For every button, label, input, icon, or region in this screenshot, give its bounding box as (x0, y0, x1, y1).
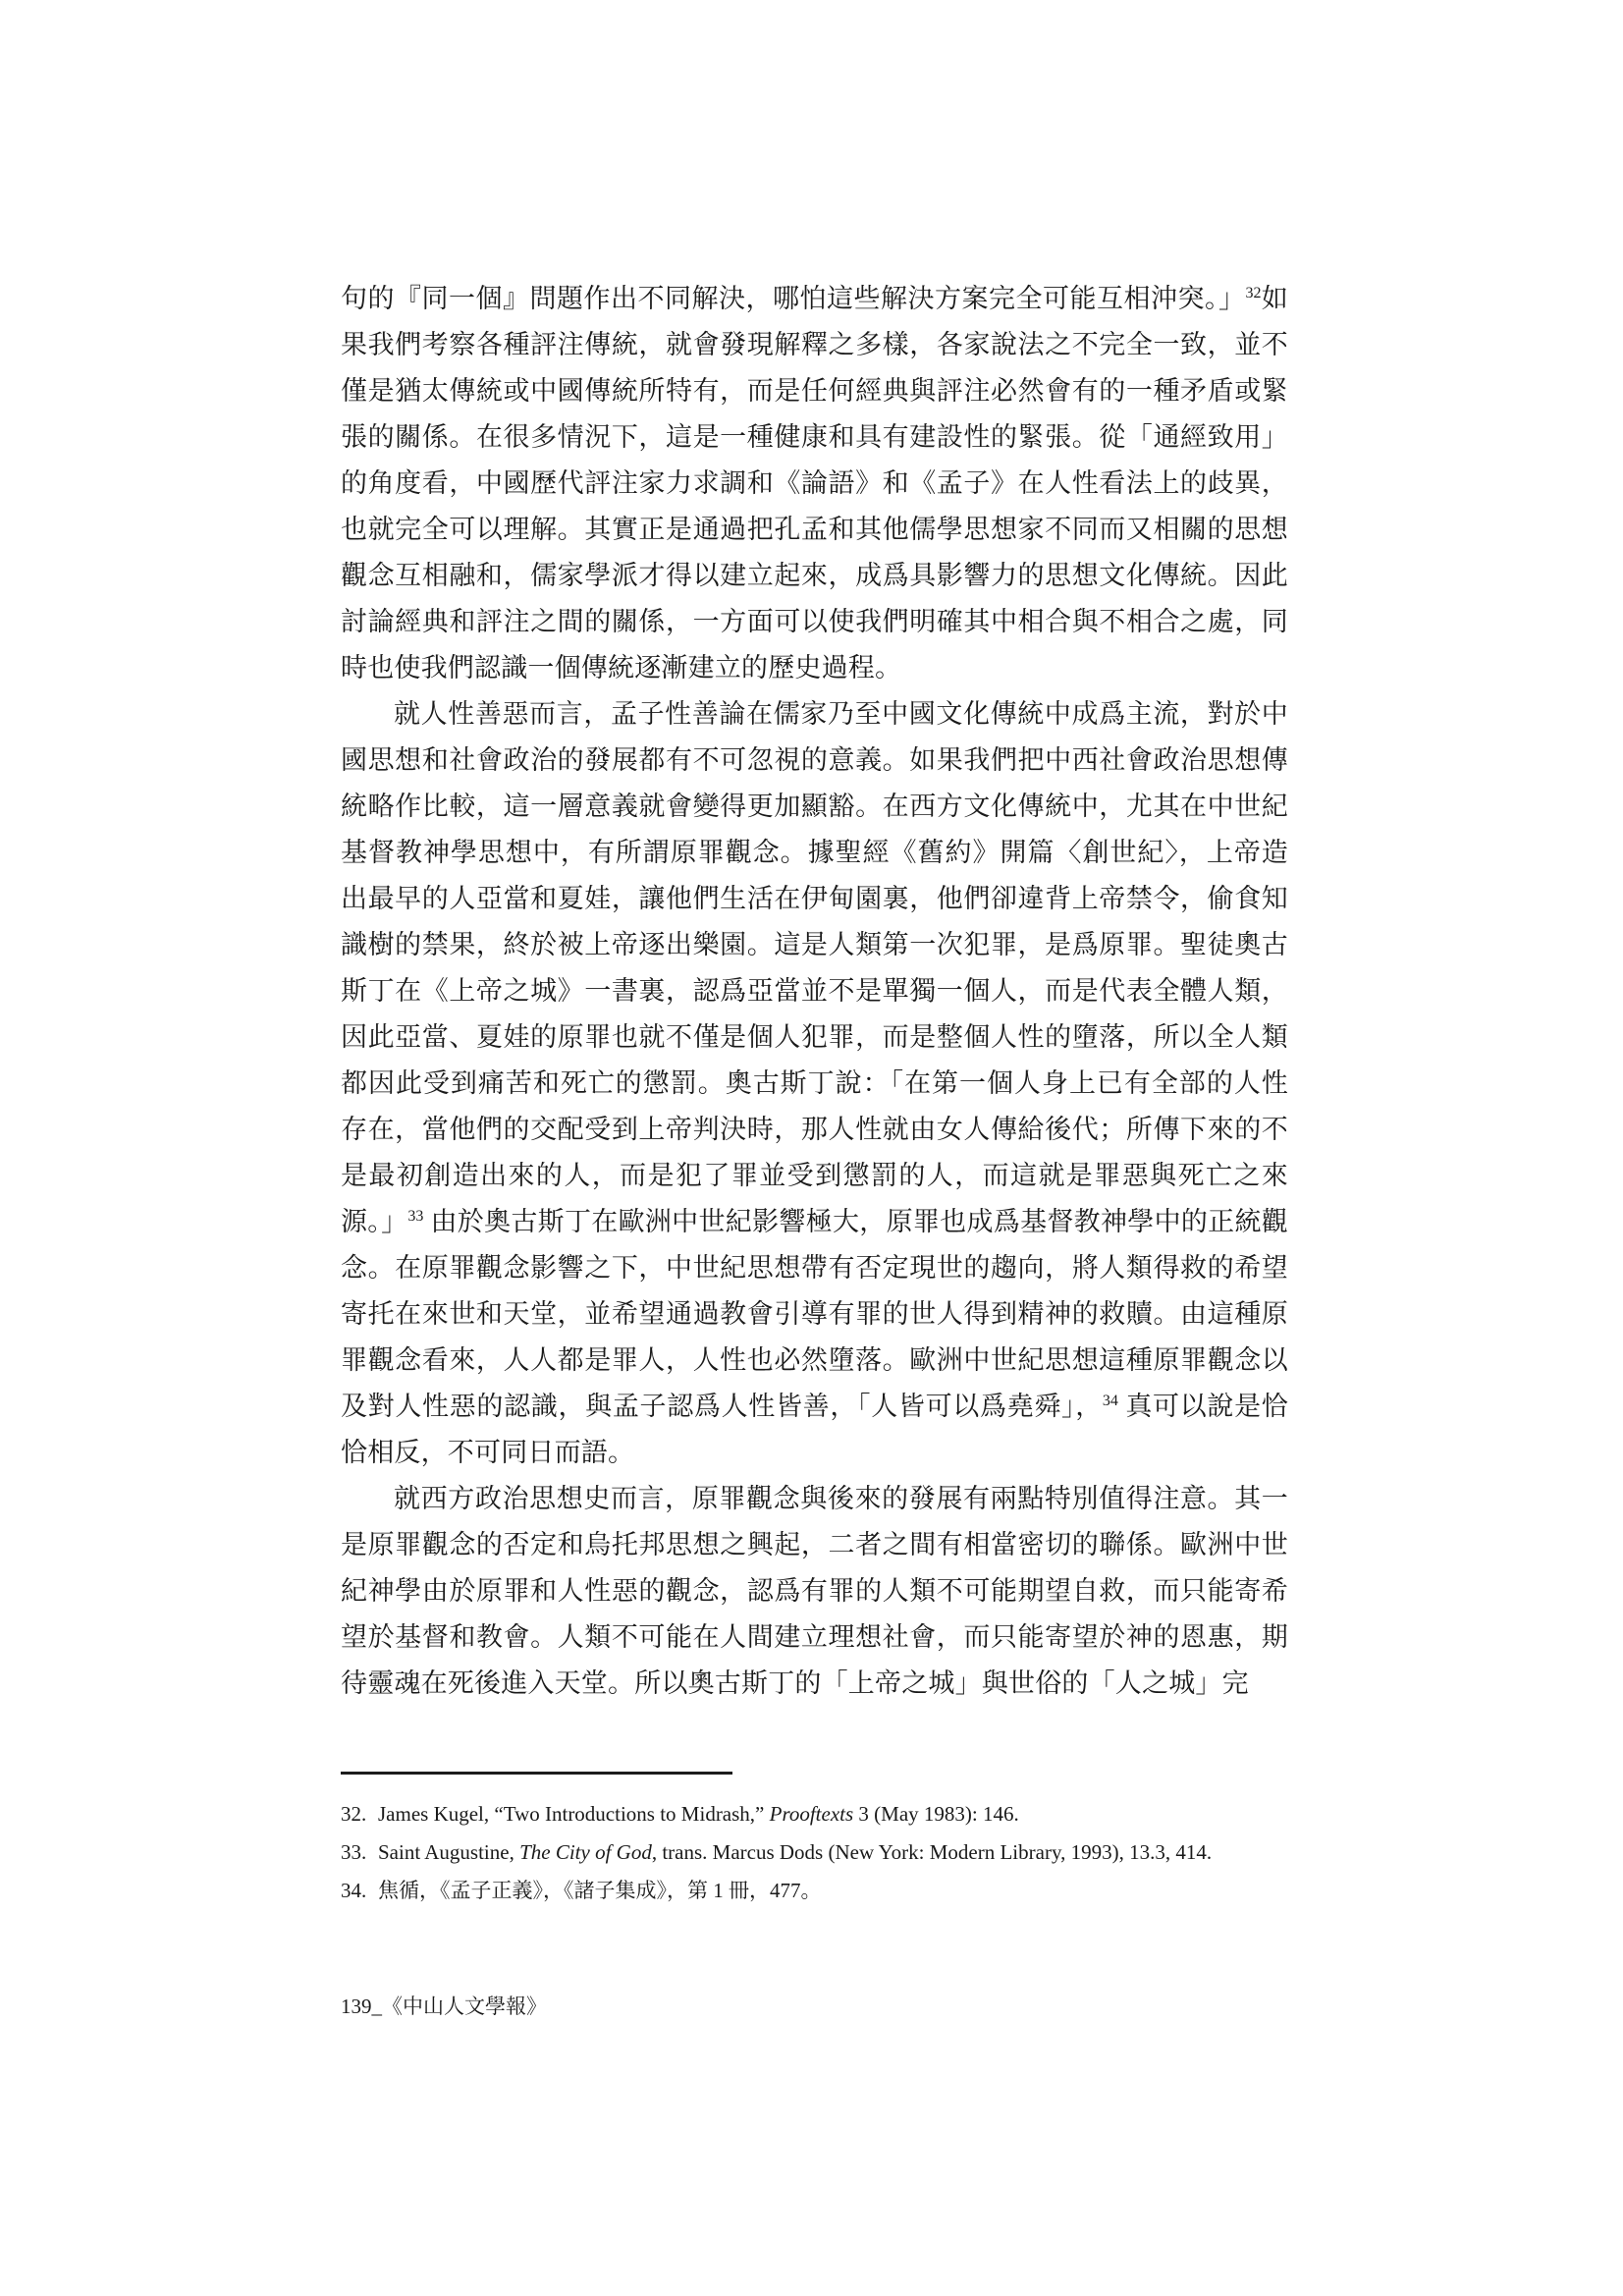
body-text-segment: 就人性善惡而言，孟子性善論在儒家乃至中國文化傳統中成爲主流，對於中國思想和社會政… (341, 699, 1288, 1236)
document-page: 句的『同一個』問題作出不同解決，哪怕這些解決方案完全可能互相沖突。」32如果我們… (0, 0, 1623, 2296)
footnote-number: 34. (341, 1872, 378, 1910)
footnote-text: James Kugel, “Two Introductions to Midra… (378, 1802, 770, 1826)
article-body: 句的『同一個』問題作出不同解決，哪怕這些解決方案完全可能互相沖突。」32如果我們… (341, 276, 1288, 1707)
footnote-number: 32. (341, 1795, 378, 1833)
footnote-text: , trans. Marcus Dods (New York: Modern L… (652, 1840, 1212, 1864)
body-text-segment: 就西方政治思想史而言，原罪觀念與後來的發展有兩點特別值得注意。其一是原罪觀念的否… (341, 1484, 1288, 1698)
paragraph-1: 句的『同一個』問題作出不同解決，哪怕這些解決方案完全可能互相沖突。」32如果我們… (341, 276, 1288, 691)
footnotes-block: 32.James Kugel, “Two Introductions to Mi… (341, 1795, 1291, 1910)
paragraph-2: 就人性善惡而言，孟子性善論在儒家乃至中國文化傳統中成爲主流，對於中國思想和社會政… (341, 691, 1288, 1476)
page-number-and-journal-title: 139_《中山人文學報》 (341, 1995, 547, 2018)
footnote-text: 焦循，《孟子正義》，《諸子集成》，第 1 冊，477。 (378, 1879, 822, 1902)
page-footer: 139_《中山人文學報》 (341, 1994, 547, 2019)
footnote-text: Saint Augustine, (378, 1840, 519, 1864)
footnote-33: 33.Saint Augustine, The City of God, tra… (341, 1833, 1291, 1872)
footnote-32: 32.James Kugel, “Two Introductions to Mi… (341, 1795, 1291, 1833)
footnote-ref-34: 34 (1103, 1393, 1118, 1409)
footnote-italic-title: The City of God (519, 1840, 652, 1864)
footnote-34: 34.焦循，《孟子正義》，《諸子集成》，第 1 冊，477。 (341, 1872, 1291, 1910)
footnote-text: 3 (May 1983): 146. (853, 1802, 1019, 1826)
body-text-segment: 由於奧古斯丁在歐洲中世紀影響極大，原罪也成爲基督教神學中的正統觀念。在原罪觀念影… (341, 1207, 1288, 1421)
body-text-segment: 句的『同一個』問題作出不同解決，哪怕這些解決方案完全可能互相沖突。」 (341, 284, 1245, 313)
footnote-ref-32: 32 (1245, 285, 1261, 301)
footnote-italic-title: Prooftexts (770, 1802, 854, 1826)
footnote-number: 33. (341, 1833, 378, 1872)
paragraph-3: 就西方政治思想史而言，原罪觀念與後來的發展有兩點特別值得注意。其一是原罪觀念的否… (341, 1476, 1288, 1707)
footnote-separator-rule (341, 1772, 732, 1775)
body-text-segment: 如果我們考察各種評注傳統，就會發現解釋之多樣，各家說法之不完全一致，並不僅是猶太… (341, 284, 1288, 683)
footnote-ref-33: 33 (407, 1208, 423, 1225)
